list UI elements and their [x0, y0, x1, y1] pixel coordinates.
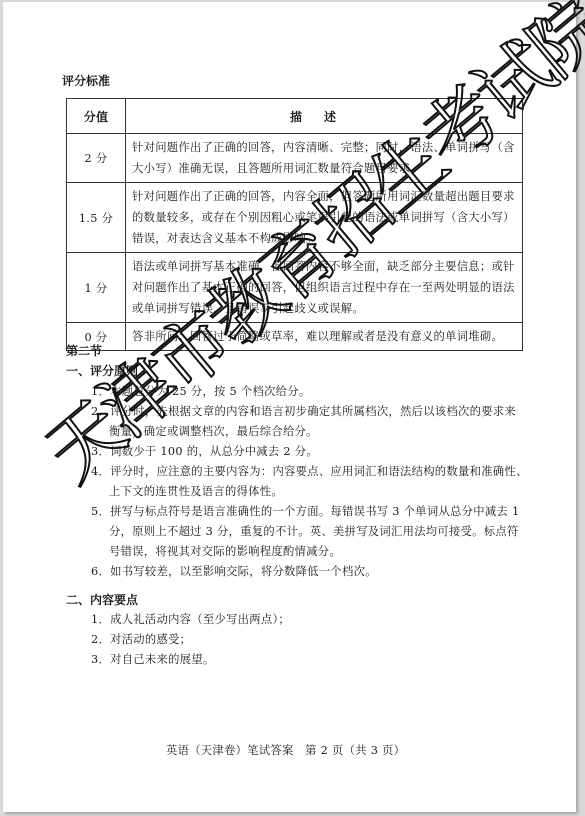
- principle-item-continuation: 号错误，将视其对交际的影响程度酌情减分。: [109, 543, 341, 559]
- row-score: 1.5 分: [67, 183, 126, 253]
- table-row: 2 分 针对问题作出了正确的回答，内容清晰、完整；同时，语法、单词拼写（含大小写…: [67, 134, 523, 183]
- row-description: 答非所问；回答过于简略或草率，难以理解或者是没有意义的单词堆砌。: [126, 323, 523, 351]
- row-description: 语法或单词拼写基本准确，但回答内容不够全面，缺乏部分主要信息；或针对问题作出了基…: [126, 253, 523, 323]
- principle-item: 1．本题总分为 25 分，按 5 个档次给分。: [91, 383, 310, 399]
- principle-item: 4．评分时，应注意的主要内容为：内容要点、应用词汇和语法结构的数量和准确性、: [91, 463, 528, 479]
- key-point-item: 2．对活动的感受；: [91, 631, 191, 647]
- key-point-item: 1．成人礼活动内容（至少写出两点）；: [91, 611, 290, 627]
- section2-title: 第二节: [66, 342, 102, 359]
- principle-item-continuation: 上下文的连贯性及语言的得体性。: [109, 483, 283, 499]
- principle-item: 5．拼写与标点符号是语言准确性的一个方面。每错误书写 3 个单词从总分中减去 1: [91, 503, 519, 519]
- scoring-table: 分值 描述 2 分 针对问题作出了正确的回答，内容清晰、完整；同时，语法、单词拼…: [66, 98, 523, 351]
- header-description: 描述: [126, 99, 523, 134]
- row-score: 2 分: [67, 134, 126, 183]
- row-description: 针对问题作出了正确的回答，内容清晰、完整；同时，语法、单词拼写（含大小写）准确无…: [126, 134, 523, 183]
- principle-item-continuation: 衡量，确定或调整档次，最后综合给分。: [109, 423, 318, 439]
- principle-item: 2．评分时，先根据文章的内容和语言初步确定其所属档次，然后以该档次的要求来: [91, 403, 516, 419]
- key-point-item: 3．对自己未来的展望。: [91, 651, 214, 667]
- document-page: 评分标准 分值 描述 2 分 针对问题作出了正确的回答，内容清晰、完整；同时，语…: [3, 2, 576, 812]
- principle-item-continuation: 分，原则上不超过 3 分，重复的不计。英、美拼写及词汇用法均可接受。标点符: [109, 523, 519, 539]
- table-row: 0 分 答非所问；回答过于简略或草率，难以理解或者是没有意义的单词堆砌。: [67, 323, 523, 351]
- principle-item: 6．如书写较差，以至影响交际，将分数降低一个档次。: [91, 563, 377, 579]
- page-footer: 英语（天津卷）笔试答案 第 2 页（共 3 页）: [166, 742, 405, 758]
- table-header-row: 分值 描述: [67, 99, 523, 134]
- principle-item: 3．词数少于 100 的，从总分中减去 2 分。: [91, 443, 318, 459]
- key-points-title: 二、内容要点: [66, 591, 138, 608]
- header-score: 分值: [67, 99, 126, 134]
- section-title-scoring-standard: 评分标准: [62, 72, 110, 89]
- row-score: 1 分: [67, 253, 126, 323]
- row-description: 针对问题作出了正确的回答，内容全面，但答题所用词汇数量超出题目要求的数量较多，或…: [126, 183, 523, 253]
- table-row: 1 分 语法或单词拼写基本准确，但回答内容不够全面，缺乏部分主要信息；或针对问题…: [67, 253, 523, 323]
- principles-title: 一、评分原则: [66, 362, 138, 379]
- table-row: 1.5 分 针对问题作出了正确的回答，内容全面，但答题所用词汇数量超出题目要求的…: [67, 183, 523, 253]
